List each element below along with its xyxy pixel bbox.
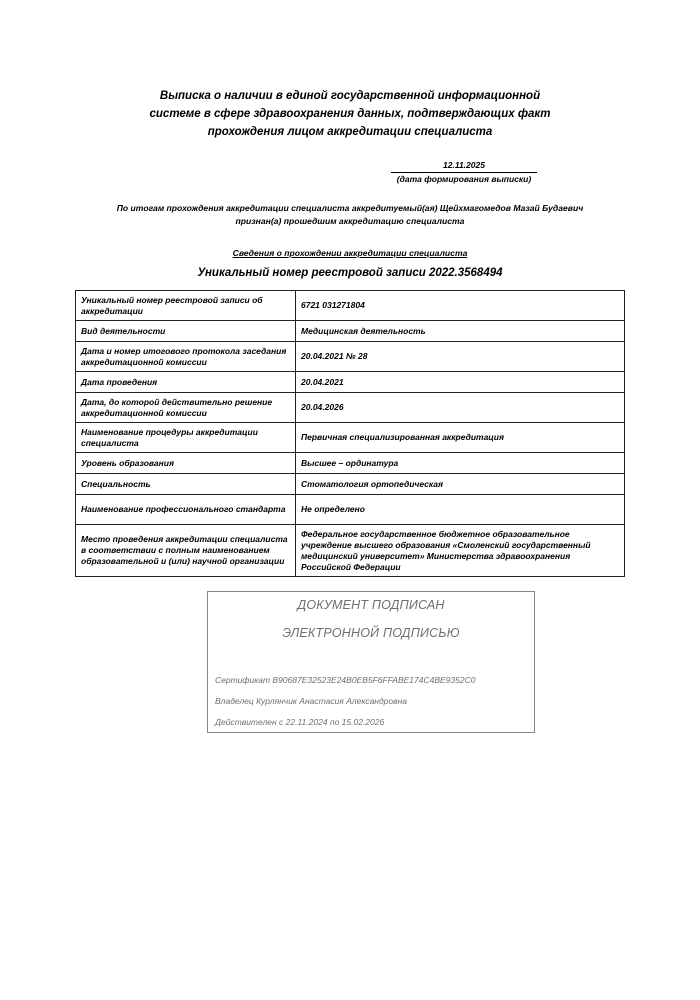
table-row: Дата, до которой действительно решение а…	[76, 393, 625, 423]
issue-date-block: 12.11.2025 (дата формирования выписки)	[391, 160, 537, 185]
title-line: прохождения лицом аккредитации специалис…	[100, 123, 600, 141]
row-label: Специальность	[76, 474, 296, 495]
stamp-heading-line1: ДОКУМЕНТ ПОДПИСАН	[208, 598, 534, 612]
title-line: системе в сфере здравоохранения данных, …	[100, 105, 600, 123]
table-row: Уровень образования Высшее – ординатура	[76, 453, 625, 474]
accreditation-info-table: Уникальный номер реестровой записи об ак…	[75, 290, 625, 577]
row-value: Первичная специализированная аккредитаци…	[296, 423, 625, 453]
row-value: 20.04.2021 № 28	[296, 342, 625, 372]
stamp-heading-line2: ЭЛЕКТРОННОЙ ПОДПИСЬЮ	[208, 626, 534, 640]
certificate-owner: Владелец Курлянчик Анастасия Александров…	[215, 696, 407, 706]
row-label: Уровень образования	[76, 453, 296, 474]
certificate-validity: Действителен с 22.11.2024 по 15.02.2026	[215, 717, 384, 727]
row-value: Медицинская деятельность	[296, 321, 625, 342]
row-value: 6721 031271804	[296, 291, 625, 321]
table-row: Специальность Стоматология ортопедическа…	[76, 474, 625, 495]
row-label: Наименование профессионального стандарта	[76, 495, 296, 525]
result-line: По итогам прохождения аккредитации специ…	[60, 202, 640, 215]
row-label: Вид деятельности	[76, 321, 296, 342]
row-value: Стоматология ортопедическая	[296, 474, 625, 495]
row-label: Дата, до которой действительно решение а…	[76, 393, 296, 423]
row-value: Не определено	[296, 495, 625, 525]
row-value: Высшее – ординатура	[296, 453, 625, 474]
section-title: Сведения о прохождении аккредитации спец…	[150, 248, 550, 258]
certificate-number: Сертификат B90687E32523E24B0EB5F6FFABE17…	[215, 675, 475, 685]
table-row: Место проведения аккредитации специалист…	[76, 525, 625, 577]
accreditation-result: По итогам прохождения аккредитации специ…	[60, 202, 640, 228]
row-label: Уникальный номер реестровой записи об ак…	[76, 291, 296, 321]
issue-date: 12.11.2025	[391, 160, 537, 173]
result-line: признан(а) прошедшим аккредитацию специа…	[60, 215, 640, 228]
row-label: Дата и номер итогового протокола заседан…	[76, 342, 296, 372]
row-label: Место проведения аккредитации специалист…	[76, 525, 296, 577]
table-row: Вид деятельности Медицинская деятельност…	[76, 321, 625, 342]
row-value: 20.04.2026	[296, 393, 625, 423]
table-row: Дата проведения 20.04.2021	[76, 372, 625, 393]
title-line: Выписка о наличии в единой государственн…	[100, 87, 600, 105]
row-value: 20.04.2021	[296, 372, 625, 393]
row-value: Федеральное государственное бюджетное об…	[296, 525, 625, 577]
electronic-signature-stamp: ДОКУМЕНТ ПОДПИСАН ЭЛЕКТРОННОЙ ПОДПИСЬЮ С…	[207, 591, 535, 733]
table-row: Уникальный номер реестровой записи об ак…	[76, 291, 625, 321]
row-label: Наименование процедуры аккредитации спец…	[76, 423, 296, 453]
table-row: Наименование процедуры аккредитации спец…	[76, 423, 625, 453]
registry-number: Уникальный номер реестровой записи 2022.…	[100, 267, 600, 279]
document-title: Выписка о наличии в единой государственн…	[100, 87, 600, 141]
document-page: Выписка о наличии в единой государственн…	[0, 0, 700, 1000]
table-row: Наименование профессионального стандарта…	[76, 495, 625, 525]
row-label: Дата проведения	[76, 372, 296, 393]
table-row: Дата и номер итогового протокола заседан…	[76, 342, 625, 372]
issue-date-caption: (дата формирования выписки)	[391, 173, 537, 185]
